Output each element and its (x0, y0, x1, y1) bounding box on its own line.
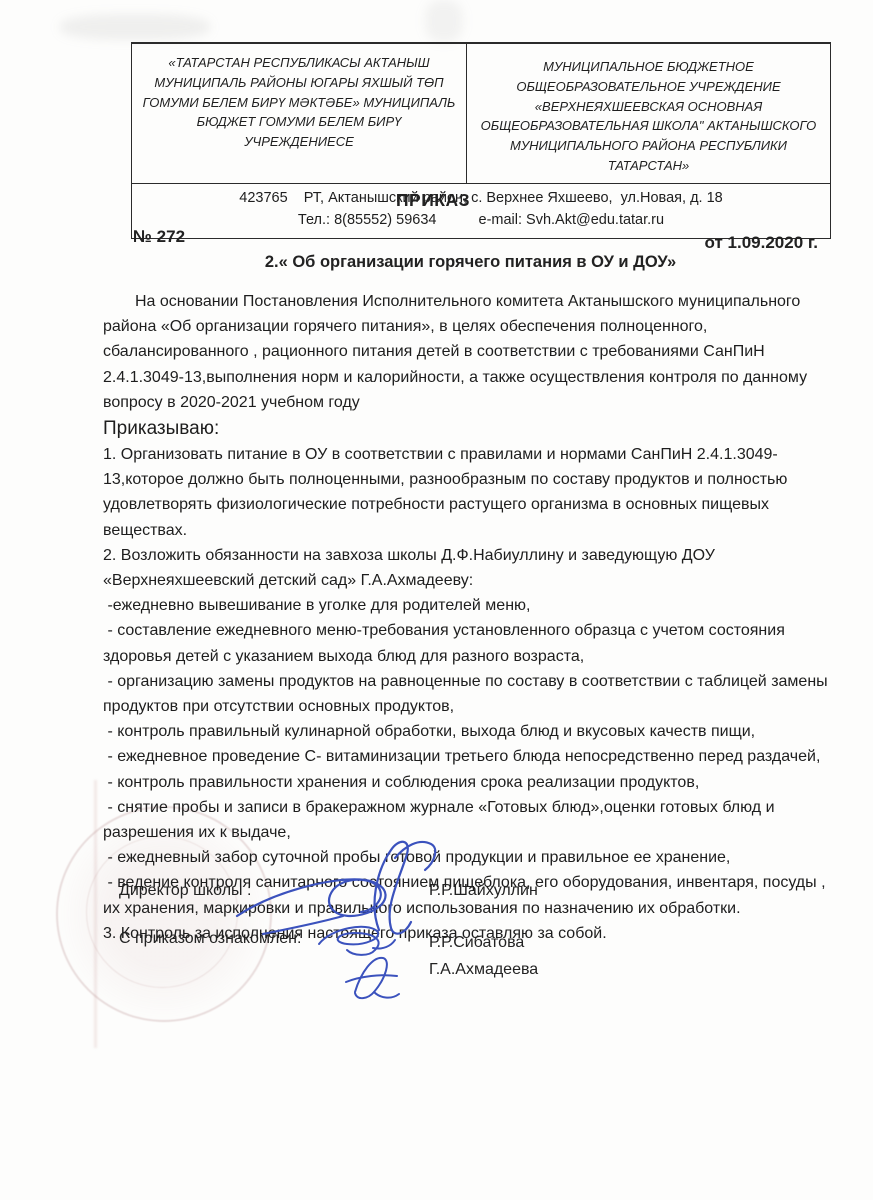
order-preamble: На основании Постановления Исполнительно… (103, 289, 841, 415)
order-body: На основании Постановления Исполнительно… (103, 289, 841, 946)
order-item: - снятие пробы и записи в бракеражном жу… (103, 795, 841, 845)
order-number: № 272 (133, 227, 185, 247)
order-item: - контроль правильности хранения и соблю… (103, 770, 841, 795)
order-item: - составление ежедневного меню-требовани… (103, 618, 841, 668)
order-item: -ежедневно вывешивание в уголке для роди… (103, 593, 841, 618)
acknowledged-label: С приказом ознакомлен: (119, 930, 301, 948)
director-label: Директор школы : (119, 882, 251, 900)
order-title: ПРИКАЗ (103, 190, 763, 211)
order-item: 1. Организовать питание в ОУ в соответст… (103, 442, 841, 543)
scanned-order-document: «ТАТАРСТАН РЕСПУБЛИКАСЫ АКТАНЫШ МУНИЦИПА… (0, 0, 873, 1200)
letterhead-org-row: «ТАТАРСТАН РЕСПУБЛИКАСЫ АКТАНЫШ МУНИЦИПА… (132, 44, 830, 184)
director-name: Р.Р.Шайхуллин (429, 882, 538, 900)
phone-number: Тел.: 8(85552) 59634 (298, 212, 437, 228)
org-name-russian: МУНИЦИПАЛЬНОЕ БЮДЖЕТНОЕ ОБЩЕОБРАЗОВАТЕЛЬ… (467, 44, 830, 183)
order-item: 2. Возложить обязанности на завхоза школ… (103, 543, 841, 593)
org-name-tatar: «ТАТАРСТАН РЕСПУБЛИКАСЫ АКТАНЫШ МУНИЦИПА… (132, 44, 467, 183)
scan-artifact (60, 14, 210, 40)
order-item: - контроль правильный кулинарной обработ… (103, 719, 841, 744)
order-date: от 1.09.2020 г. (705, 233, 818, 253)
order-item: - ежедневное проведение С- витаминизации… (103, 744, 841, 769)
acknowledged-name-2: Г.А.Ахмадеева (429, 961, 538, 979)
akhmadeeva-signature (341, 948, 411, 1006)
order-item: - организацию замены продуктов на равноц… (103, 669, 841, 719)
order-subject: 2.« Об организации горячего питания в ОУ… (103, 253, 838, 272)
order-word: Приказываю: (103, 415, 841, 442)
scan-artifact (425, 0, 463, 42)
email-address: e-mail: Svh.Akt@edu.tatar.ru (479, 212, 665, 228)
signature-block: Директор школы : Р.Р.Шайхуллин С приказо… (103, 862, 841, 1032)
acknowledged-name-1: Р.Р.Сибатова (429, 934, 524, 952)
